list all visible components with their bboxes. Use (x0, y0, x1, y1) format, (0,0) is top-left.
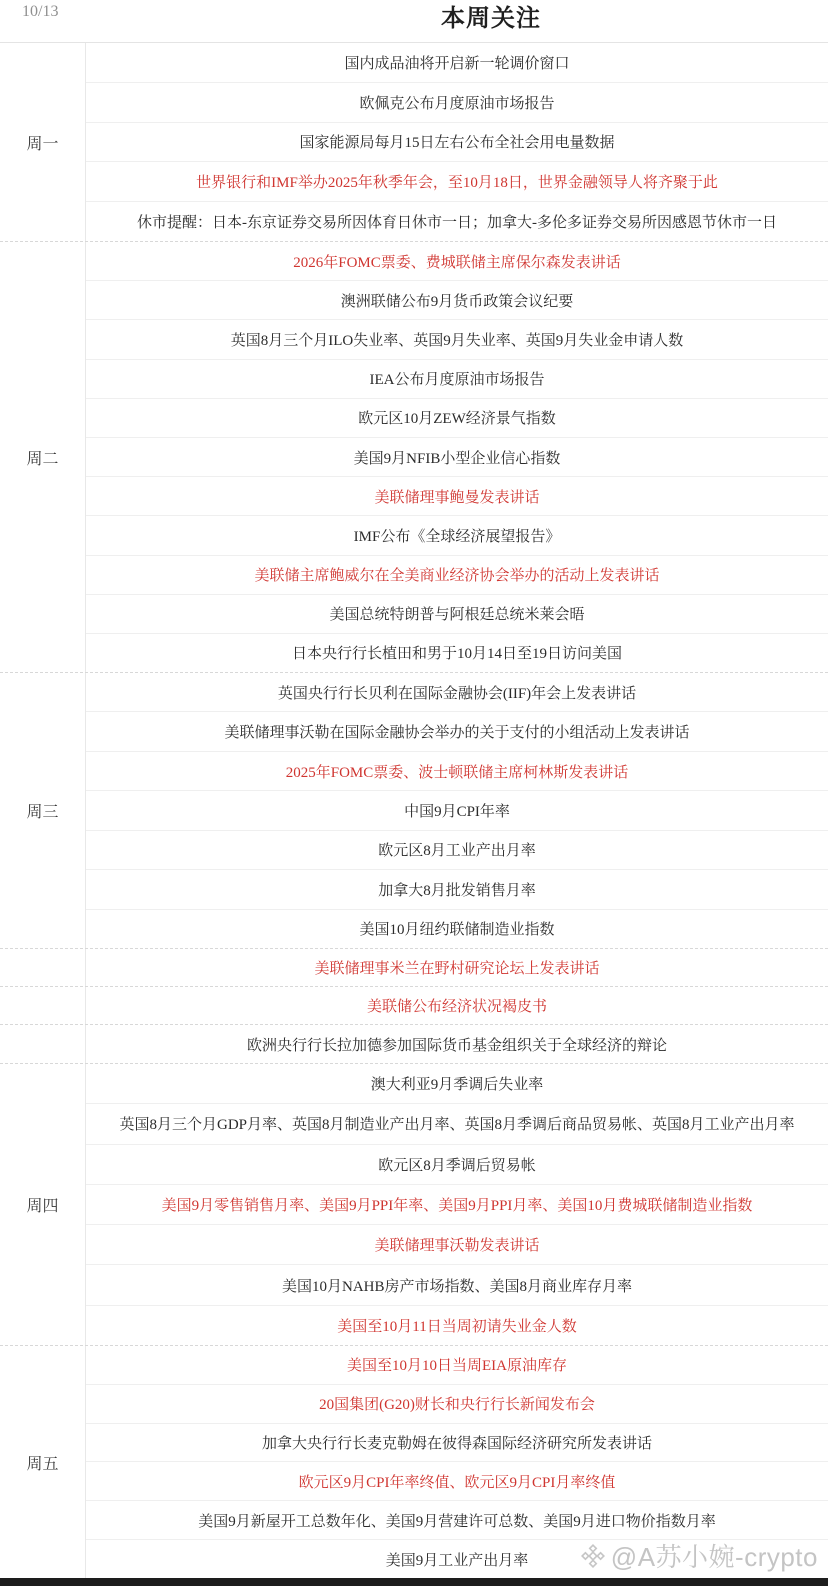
day-label-cell: 周三 (0, 673, 86, 948)
event-row: 美国9月新屋开工总数年化、美国9月营建许可总数、美国9月进口物价指数月率 (86, 1500, 828, 1539)
event-row: 澳大利亚9月季调后失业率 (86, 1064, 828, 1103)
event-text: 美联储主席鲍威尔在全美商业经济协会举办的活动上发表讲话 (254, 564, 659, 585)
event-text: 美国10月NAHB房产市场指数、美国8月商业库存月率 (282, 1275, 632, 1296)
event-text: 欧元区8月季调后贸易帐 (378, 1154, 536, 1175)
event-text: 美国至10月11日当周初请失业金人数 (337, 1315, 576, 1336)
day-section: 周四澳大利亚9月季调后失业率英国8月三个月GDP月率、英国8月制造业产出月率、英… (0, 1063, 828, 1345)
day-label: 周二 (26, 446, 58, 469)
day-label-cell (0, 987, 86, 1024)
event-text: 2025年FOMC票委、波士顿联储主席柯林斯发表讲话 (286, 761, 629, 782)
day-section: 欧洲央行行长拉加德参加国际货币基金组织关于全球经济的辩论 (0, 1024, 828, 1063)
event-row: 欧元区8月季调后贸易帐 (86, 1144, 828, 1184)
event-text: 美国9月新屋开工总数年化、美国9月营建许可总数、美国9月进口物价指数月率 (198, 1510, 716, 1531)
day-section: 美联储理事米兰在野村研究论坛上发表讲话 (0, 948, 828, 986)
event-text: 英国8月三个月GDP月率、英国8月制造业产出月率、英国8月季调后商品贸易帐、英国… (119, 1113, 794, 1134)
day-label-cell: 周二 (0, 242, 86, 672)
event-row: 欧佩克公布月度原油市场报告 (86, 82, 828, 122)
event-row: 欧洲央行行长拉加德参加国际货币基金组织关于全球经济的辩论 (86, 1025, 828, 1063)
event-row: 美国至10月11日当周初请失业金人数 (86, 1305, 828, 1345)
event-text: 美国10月纽约联储制造业指数 (359, 918, 554, 939)
event-text: 2026年FOMC票委、费城联储主席保尔森发表讲话 (293, 251, 621, 272)
event-text: 国家能源局每月15日左右公布全社会用电量数据 (299, 131, 614, 152)
day-label: 周四 (26, 1193, 58, 1216)
event-row: 美国至10月10日当周EIA原油库存 (86, 1346, 828, 1384)
event-text: 英国8月三个月ILO失业率、英国9月失业率、英国9月失业金申请人数 (231, 329, 684, 350)
event-row: 美国9月工业产出月率 (86, 1539, 828, 1578)
event-text: IEA公布月度原油市场报告 (370, 368, 545, 389)
event-text: 美国9月零售销售月率、美国9月PPI年率、美国9月PPI月率、美国10月费城联储… (162, 1194, 753, 1215)
event-row: 美联储理事鲍曼发表讲话 (86, 476, 828, 515)
event-text: 国内成品油将开启新一轮调价窗口 (344, 52, 569, 73)
event-row: 美联储理事米兰在野村研究论坛上发表讲话 (86, 949, 828, 986)
day-label: 周三 (26, 799, 58, 822)
event-text: 英国央行行长贝利在国际金融协会(IIF)年会上发表讲话 (278, 682, 636, 703)
event-text: 澳大利亚9月季调后失业率 (371, 1073, 544, 1094)
day-label: 周一 (26, 131, 58, 154)
event-text: 美联储理事沃勒在国际金融协会举办的关于支付的小组活动上发表讲话 (224, 721, 689, 742)
day-section: 美联储公布经济状况褐皮书 (0, 986, 828, 1024)
event-text: 世界银行和IMF举办2025年秋季年会，至10月18日，世界金融领导人将齐聚于此 (196, 171, 718, 192)
event-row: IEA公布月度原油市场报告 (86, 359, 828, 398)
event-text: 加拿大8月批发销售月率 (378, 879, 536, 900)
event-row: 美联储公布经济状况褐皮书 (86, 987, 828, 1024)
event-text: 欧元区10月ZEW经济景气指数 (358, 407, 555, 428)
event-row: IMF公布《全球经济展望报告》 (86, 515, 828, 554)
event-row: 加拿大8月批发销售月率 (86, 869, 828, 908)
event-row: 美国总统特朗普与阿根廷总统米莱会晤 (86, 594, 828, 633)
day-section: 周二2026年FOMC票委、费城联储主席保尔森发表讲话澳洲联储公布9月货币政策会… (0, 241, 828, 672)
event-text: IMF公布《全球经济展望报告》 (354, 525, 561, 546)
event-row: 美国10月纽约联储制造业指数 (86, 909, 828, 948)
event-text: 日本央行行长植田和男于10月14日至19日访问美国 (292, 642, 622, 663)
event-text: 美联储理事鲍曼发表讲话 (374, 486, 539, 507)
event-row: 美国9月零售销售月率、美国9月PPI年率、美国9月PPI月率、美国10月费城联储… (86, 1184, 828, 1224)
event-text: 美联储理事沃勒发表讲话 (374, 1234, 539, 1255)
event-row: 欧元区9月CPI年率终值、欧元区9月CPI月率终值 (86, 1461, 828, 1500)
day-section: 周三英国央行行长贝利在国际金融协会(IIF)年会上发表讲话美联储理事沃勒在国际金… (0, 672, 828, 948)
event-row: 2026年FOMC票委、费城联储主席保尔森发表讲话 (86, 242, 828, 280)
day-section: 周五美国至10月10日当周EIA原油库存20国集团(G20)财长和央行行长新闻发… (0, 1345, 828, 1578)
page-title: 本周关注 (0, 0, 828, 38)
event-row: 美联储理事沃勒在国际金融协会举办的关于支付的小组活动上发表讲话 (86, 711, 828, 750)
day-label: 周五 (26, 1451, 58, 1474)
weekly-focus-page: 10/13 本周关注 周一国内成品油将开启新一轮调价窗口欧佩克公布月度原油市场报… (0, 0, 828, 1586)
event-row: 美国10月NAHB房产市场指数、美国8月商业库存月率 (86, 1264, 828, 1304)
event-row: 英国央行行长贝利在国际金融协会(IIF)年会上发表讲话 (86, 673, 828, 711)
event-text: 欧元区9月CPI年率终值、欧元区9月CPI月率终值 (299, 1471, 616, 1492)
bottom-bar (0, 1578, 828, 1586)
day-label-cell: 周四 (0, 1064, 86, 1345)
page-number: 10/13 (22, 2, 58, 22)
event-text: 加拿大央行行长麦克勒姆在彼得森国际经济研究所发表讲话 (262, 1432, 652, 1453)
event-row: 美国9月NFIB小型企业信心指数 (86, 437, 828, 476)
event-text: 美国总统特朗普与阿根廷总统米莱会晤 (329, 603, 584, 624)
events-table: 周一国内成品油将开启新一轮调价窗口欧佩克公布月度原油市场报告国家能源局每月15日… (0, 43, 828, 1578)
event-text: 澳洲联储公布9月货币政策会议纪要 (341, 290, 574, 311)
event-text: 美国9月工业产出月率 (386, 1549, 529, 1570)
event-row: 20国集团(G20)财长和央行行长新闻发布会 (86, 1384, 828, 1423)
event-row: 世界银行和IMF举办2025年秋季年会，至10月18日，世界金融领导人将齐聚于此 (86, 161, 828, 201)
day-section: 周一国内成品油将开启新一轮调价窗口欧佩克公布月度原油市场报告国家能源局每月15日… (0, 43, 828, 241)
day-label-cell (0, 949, 86, 986)
event-text: 美国至10月10日当周EIA原油库存 (347, 1354, 567, 1375)
event-text: 欧佩克公布月度原油市场报告 (359, 92, 554, 113)
event-text: 美联储理事米兰在野村研究论坛上发表讲话 (314, 957, 599, 978)
event-row: 日本央行行长植田和男于10月14日至19日访问美国 (86, 633, 828, 672)
event-row: 美联储理事沃勒发表讲话 (86, 1224, 828, 1264)
event-text: 美国9月NFIB小型企业信心指数 (354, 447, 561, 468)
event-text: 中国9月CPI年率 (404, 800, 510, 821)
event-row: 欧元区8月工业产出月率 (86, 830, 828, 869)
event-row: 英国8月三个月ILO失业率、英国9月失业率、英国9月失业金申请人数 (86, 319, 828, 358)
event-text: 欧元区8月工业产出月率 (378, 839, 536, 860)
event-row: 国家能源局每月15日左右公布全社会用电量数据 (86, 122, 828, 162)
event-row: 国内成品油将开启新一轮调价窗口 (86, 43, 828, 82)
page-header: 10/13 本周关注 (0, 0, 828, 43)
day-label-cell: 周一 (0, 43, 86, 241)
event-row: 加拿大央行行长麦克勒姆在彼得森国际经济研究所发表讲话 (86, 1423, 828, 1462)
day-label-cell (0, 1025, 86, 1063)
event-row: 美联储主席鲍威尔在全美商业经济协会举办的活动上发表讲话 (86, 555, 828, 594)
event-row: 欧元区10月ZEW经济景气指数 (86, 398, 828, 437)
event-row: 休市提醒：日本-东京证券交易所因体育日休市一日；加拿大-多伦多证券交易所因感恩节… (86, 201, 828, 241)
event-text: 20国集团(G20)财长和央行行长新闻发布会 (319, 1393, 595, 1414)
day-label-cell: 周五 (0, 1346, 86, 1578)
event-row: 2025年FOMC票委、波士顿联储主席柯林斯发表讲话 (86, 751, 828, 790)
event-row: 澳洲联储公布9月货币政策会议纪要 (86, 280, 828, 319)
event-row: 英国8月三个月GDP月率、英国8月制造业产出月率、英国8月季调后商品贸易帐、英国… (86, 1103, 828, 1143)
event-text: 美联储公布经济状况褐皮书 (367, 995, 547, 1016)
event-text: 休市提醒：日本-东京证券交易所因体育日休市一日；加拿大-多伦多证券交易所因感恩节… (137, 211, 777, 232)
event-text: 欧洲央行行长拉加德参加国际货币基金组织关于全球经济的辩论 (247, 1034, 667, 1055)
event-row: 中国9月CPI年率 (86, 790, 828, 829)
